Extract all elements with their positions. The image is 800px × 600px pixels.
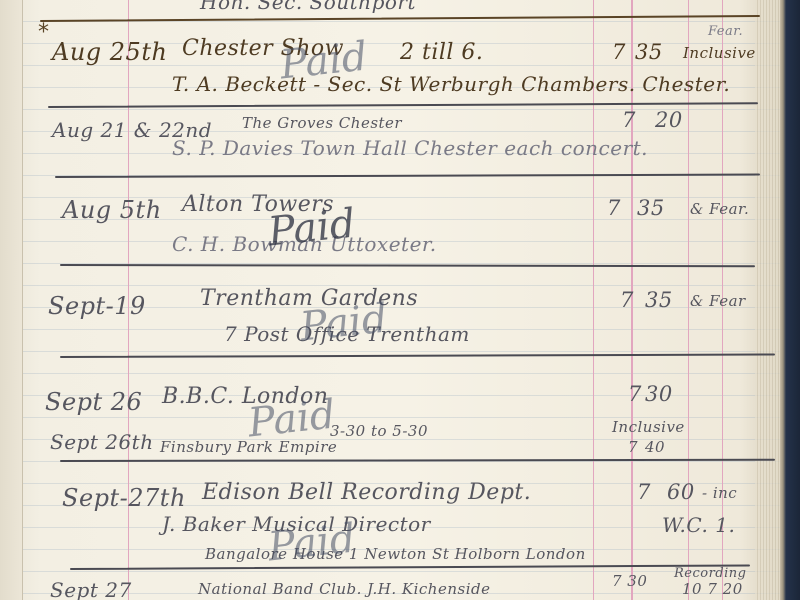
top-fragment: Hon. Sec. Southport [200,0,416,14]
entry-divider [40,15,760,22]
entry-date: Sept 26th [50,430,154,454]
entry-fee: 20 [655,108,683,132]
entry-fee: 35 [645,288,673,312]
entry-date: Aug 25th [52,38,167,66]
page-gutter [0,0,23,600]
page-edges [755,0,780,600]
entry-date: Sept-27th [62,484,186,512]
entry-fee: 35 [635,40,663,64]
entry-fee: 30 [645,382,673,406]
entry-contact: T. A. Beckett - Sec. St Werburgh Chamber… [172,72,730,96]
entry-postcode: W.C. 1. [662,513,735,537]
entry-time: 7 30 [612,572,647,590]
entry-fee-note: & Fear [690,292,746,310]
entry-fee-note: - inc [702,484,737,502]
entry-time: 7 [628,438,638,456]
entry-fee: 60 [667,480,695,504]
entry-date: Aug 5th [62,196,162,224]
book-binding [780,0,800,600]
entry-divider [60,264,755,267]
entry-contact-line: Bangalore House 1 Newton St Holborn Lond… [205,545,586,563]
entry-divider [48,102,758,108]
entry-fee-note: Inclusive [683,44,756,62]
entry-divider [60,354,775,358]
entry-event: National Band Club. J.H. Kichenside [198,580,490,598]
entry-fee-note: & Fear. [690,200,749,218]
entry-fee-note-above: Fear. [708,24,743,39]
ledger-page: Hon. Sec. Southport * Aug 25th Chester S… [0,0,780,600]
entry-time: 7 [622,108,636,132]
entry-detail: 3-30 to 5-30 [330,422,428,440]
entry-date: Sept 26 [45,388,142,416]
entry-time: 7 [620,288,634,312]
paid-signature: Paid [298,296,390,351]
entry-event: The Groves Chester [242,114,402,132]
entry-time: 7 [628,382,642,406]
entry-contact: S. P. Davies Town Hall Chester each conc… [172,136,648,160]
entry-time: 7 [637,480,651,504]
entry-divider [60,459,775,462]
entry-event: Finsbury Park Empire [160,438,337,456]
entry-time: 7 [612,40,626,64]
entry-fee: 40 [645,438,665,456]
entry-divider [70,564,750,570]
entry-fee-note: Inclusive [612,418,685,436]
entry-event: Edison Bell Recording Dept. [202,480,531,505]
paid-signature: Paid [266,516,358,571]
entry-divider [55,174,760,178]
entry-fee: 10 7 20 [682,580,743,598]
paid-signature: Paid [266,201,358,256]
entry-fee-note: Recording [674,566,746,581]
asterisk-marker: * [38,20,49,45]
entry-date: Sept 27 [50,578,132,600]
entry-fee: 35 [637,196,665,220]
paid-signature: Paid [278,34,370,89]
entry-date: Sept-19 [48,292,146,320]
entry-detail: 2 till 6. [400,40,483,65]
entry-time: 7 [607,196,621,220]
